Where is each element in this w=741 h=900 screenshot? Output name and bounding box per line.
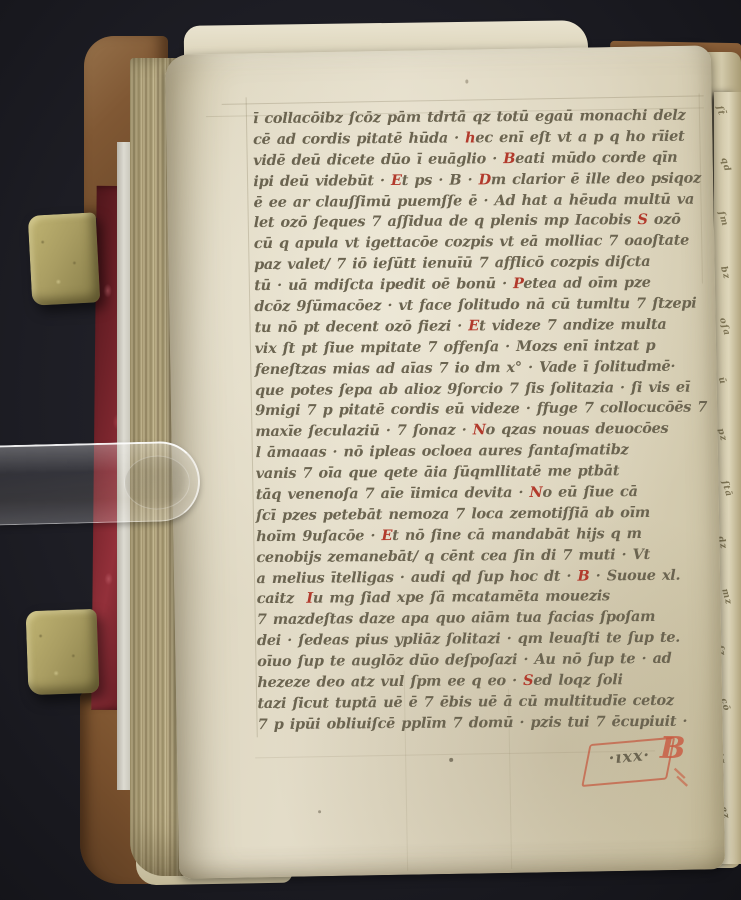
manuscript-text: hezeze deo atz vul ſpm ee q eo · [257,672,523,691]
manuscript-text-block: ī collacōibz ſcōz pām tdrtā qz totū egaū… [253,105,718,735]
page-weight-lens-highlight [123,455,190,511]
rubricated-letter: D [478,171,490,188]
manuscript-text: o eū ſiue cā [542,483,637,501]
manuscript-text: 7 mazdeſtas daze apa quo aiām tua facias… [257,608,655,628]
quire-mark-label: ·ıxx· [588,743,671,769]
manuscript-text: vidē deū dicete dūo ī euāglio · [253,150,503,169]
manuscript-text: ozō [648,211,681,228]
manuscript-text: o qzas nouas deuocōes [486,420,669,438]
manuscript-text: t ps · B · [402,171,479,189]
manuscript-text: dcōz 9ſūmacōez · vt face ſolitudo nā cū … [254,295,696,315]
manuscript-text: tu nō pt decent ozō fiezi · [254,317,468,336]
manuscript-text: cē ad cordis pitatē hūda · [253,129,465,148]
rubricated-letter: E [468,317,479,334]
manuscript-text: u mg ſiad xpe ſā mcatamēta mouezis [313,588,610,607]
manuscript-text: maxīe ſeculaziū · 7 ſonaz · [255,422,472,441]
manuscript-text: l āmaaas · nō ipleas ocloea aures fantaſ… [255,441,628,461]
manuscript-text: cū q apula vt igettacōe cozpis vt eā mol… [254,232,689,252]
upper-clasp-strap [28,212,101,305]
manuscript-page: ī collacōibz ſcōz pām tdrtā qz totū egaū… [165,45,725,878]
manuscript-line: maxīe ſeculaziū · 7 ſonaz · No qzas noua… [255,419,715,444]
ruling-line-horizontal-top [222,95,704,104]
ink-speck [449,758,453,762]
manuscript-line: 7 p ipūi obliuiſcē pplīm 7 domū · pzis t… [258,711,718,736]
rubricated-letter: S [523,672,533,689]
manuscript-text: ſcī pzes petebāt nemoza 7 loca zemotiſſi… [256,504,650,524]
manuscript-text: ec enī eſt vt a p q ho rīiet [475,128,684,147]
rubricated-letter: E [391,172,402,189]
manuscript-text: tū · uā mdiſcta ipedit oē bonū · [254,275,513,294]
rubricated-letter: E [381,527,392,544]
manuscript-text: 9migi 7 p pitatē cordis eū videze · ffug… [255,399,707,420]
manuscript-line: feneſtzas mias ad aīas 7 io dm x° · Vade… [255,356,715,381]
rubricated-letter: h [465,129,475,146]
quire-mark: ·ıxx· B [581,737,675,787]
manuscript-text: let ozō ſeques 7 aſſidua de q plenis mp … [254,212,638,232]
edge-text-fragment: ſm [716,210,730,228]
manuscript-text: t videze 7 andize multa [479,316,667,334]
manuscript-text: m clarior ē ille deo psiqoz [491,169,701,188]
edge-text-fragment: mz [719,588,733,607]
transparent-page-weight [0,441,201,526]
edge-text-fragment: qd [718,157,732,174]
manuscript-text: caitz [257,590,307,607]
ink-speck [465,80,468,84]
photo-canvas: ſt̄qdſmbzoſaūpzſtādzmzſzcōtzez ī collacō… [0,0,741,900]
manuscript-text: a melius ītelligas · audi qd ſup hoc dt … [256,567,577,587]
edge-text-fragment: ſt̄ [714,105,726,117]
manuscript-text: tazi ſicut tuptā uē ē 7 ēbis uē ā cū mul… [257,692,673,712]
rubricated-letter: N [529,484,542,501]
manuscript-text: ipi deū videbūt · [253,172,391,190]
manuscript-text: vix ſt pt ſiue mpitate 7 offenſa · Mozs … [255,337,656,357]
manuscript-text: feneſtzas mias ad aīas 7 io dm x° · Vade… [255,357,675,377]
quire-mark-flourish: B [659,731,685,766]
rubricated-letter: S [637,211,647,228]
manuscript-text: ē ee ar clauſſimū puemſſe ē · Ad hat a h… [253,190,694,210]
lower-clasp-strap [26,609,100,695]
rubricated-letter: B [503,150,515,167]
rubricated-letter: B [577,567,589,584]
rubricated-letter: P [513,275,523,292]
rubricated-letter: N [473,422,486,439]
manuscript-line: ipi deū videbūt · Et ps · B · Dm clarior… [253,168,713,193]
manuscript-text: hoīm 9uſacōe · [256,527,381,545]
edge-text-fragment: oſa [717,317,732,338]
manuscript-text: dei · ſedeas pius ypliāz ſolitazi · qm l… [257,629,680,649]
manuscript-text: tāq venenoſa 7 aīe īimica devita · [256,484,530,503]
manuscript-text: t nō ſine cā mandabāt hijs q m [392,525,642,544]
manuscript-text: etea ad oīm pze [523,274,650,292]
manuscript-text: paz valet/ 7 iō ieſūtt ienuīū 7 afflicō … [254,253,650,273]
manuscript-text: vanis 7 oīa que qete āia ſūqmllitatē me … [256,462,620,482]
manuscript-text: oīuo ſup te auglōz dūo deſpoſazi · Au nō… [257,650,671,670]
manuscript-text: cenobijs zemanebāt/ q cēnt cea ſin di 7 … [256,546,650,566]
manuscript-line: oīuo ſup te auglōz dūo deſpoſazi · Au nō… [257,649,717,674]
manuscript-line: ſcī pzes petebāt nemoza 7 loca zemotiſſi… [256,502,716,527]
edge-text-fragment: ſtā [719,480,733,499]
manuscript-text: eati mūdo corde qīn [515,149,677,167]
ink-speck [318,810,321,813]
manuscript-text: · Suoue xl. [589,566,680,584]
manuscript-text: que potes ſepa ab alioz 9ſorcio 7 ſis ſo… [255,378,690,398]
manuscript-text: 7 p ipūi obliuiſcē pplīm 7 domū · pzis t… [258,713,688,733]
manuscript-text: ī collacōibz ſcōz pām tdrtā qz totū egaū… [253,107,686,127]
edge-text-fragment: ū [716,376,728,386]
manuscript-line: a melius ītelligas · audi qd ſup hoc dt … [256,565,716,590]
manuscript-text: ed loqz ſoli [533,671,622,689]
edge-text-fragment: bz [718,265,731,281]
